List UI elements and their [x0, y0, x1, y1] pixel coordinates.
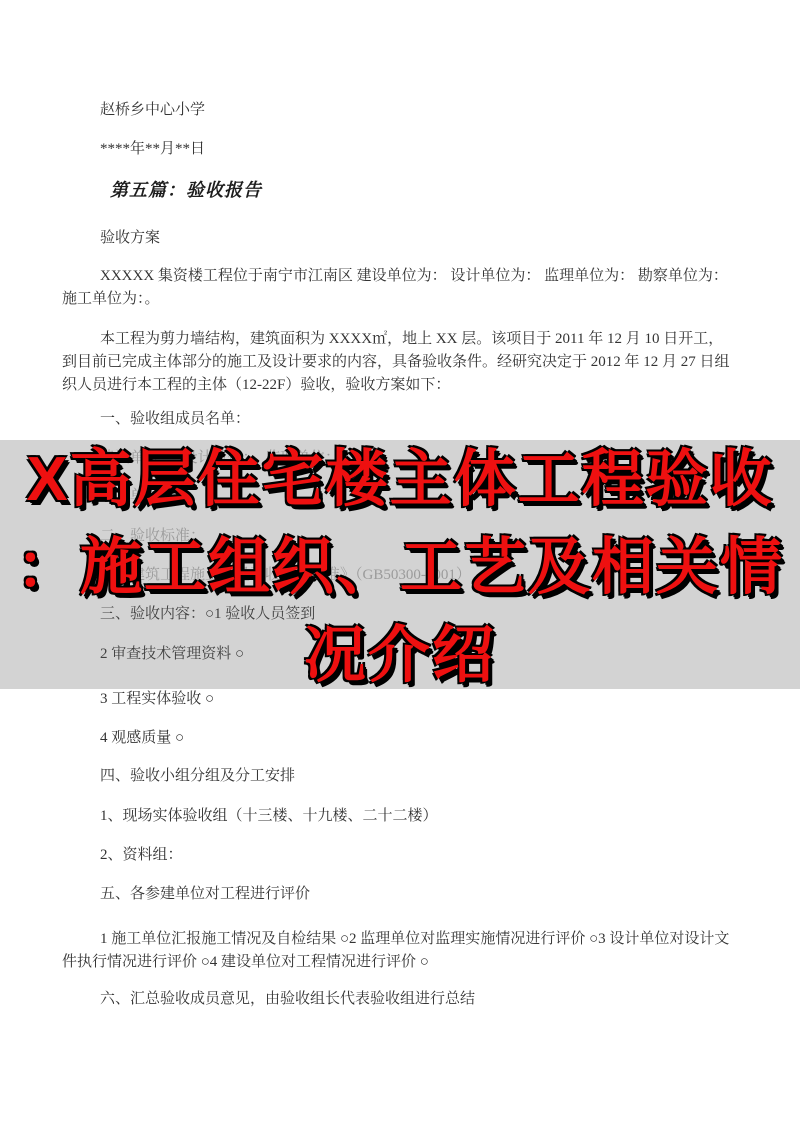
content-item-4-line: 4 观感质量 ○ — [62, 727, 730, 750]
headline-line-1: X高层住宅楼主体工程验收 — [0, 436, 800, 524]
headline-line-3: 况介绍 — [0, 612, 800, 700]
section-5-heading: 五、各参建单位对工程进行评价 — [62, 883, 730, 906]
project-intro-paragraph: XXXXX 集资楼工程位于南宁市江南区 建设单位为： 设计单位为： 监理单位为：… — [62, 265, 730, 311]
date-line: ****年**月**日 — [62, 138, 730, 161]
section-6-heading: 六、汇总验收成员意见，由验收组长代表验收组进行总结 — [62, 988, 730, 1011]
chapter-title: 第五篇：验收报告 — [62, 177, 730, 203]
section-1-heading: 一、验收组成员名单： — [62, 408, 730, 431]
document-page: 赵桥乡中心小学 ****年**月**日 第五篇：验收报告 验收方案 XXXXX … — [0, 0, 800, 1132]
evaluation-paragraph: 1 施工单位汇报施工情况及自检结果 ○2 监理单位对监理实施情况进行评价 ○3 … — [62, 928, 730, 974]
group-1-line: 1、现场实体验收组（十三楼、十九楼、二十二楼） — [62, 805, 730, 828]
plan-subtitle: 验收方案 — [62, 227, 730, 250]
group-2-line: 2、资料组： — [62, 844, 730, 867]
red-headline-overlay: X高层住宅楼主体工程验收 ：施工组织、工艺及相关情 况介绍 — [0, 436, 800, 700]
project-overview-paragraph: 本工程为剪力墙结构，建筑面积为 XXXX㎡，地上 XX 层。该项目于 2011 … — [62, 328, 730, 397]
section-4-heading: 四、验收小组分组及分工安排 — [62, 765, 730, 788]
headline-line-2: ：施工组织、工艺及相关情 — [0, 524, 800, 612]
school-name-line: 赵桥乡中心小学 — [62, 99, 730, 122]
